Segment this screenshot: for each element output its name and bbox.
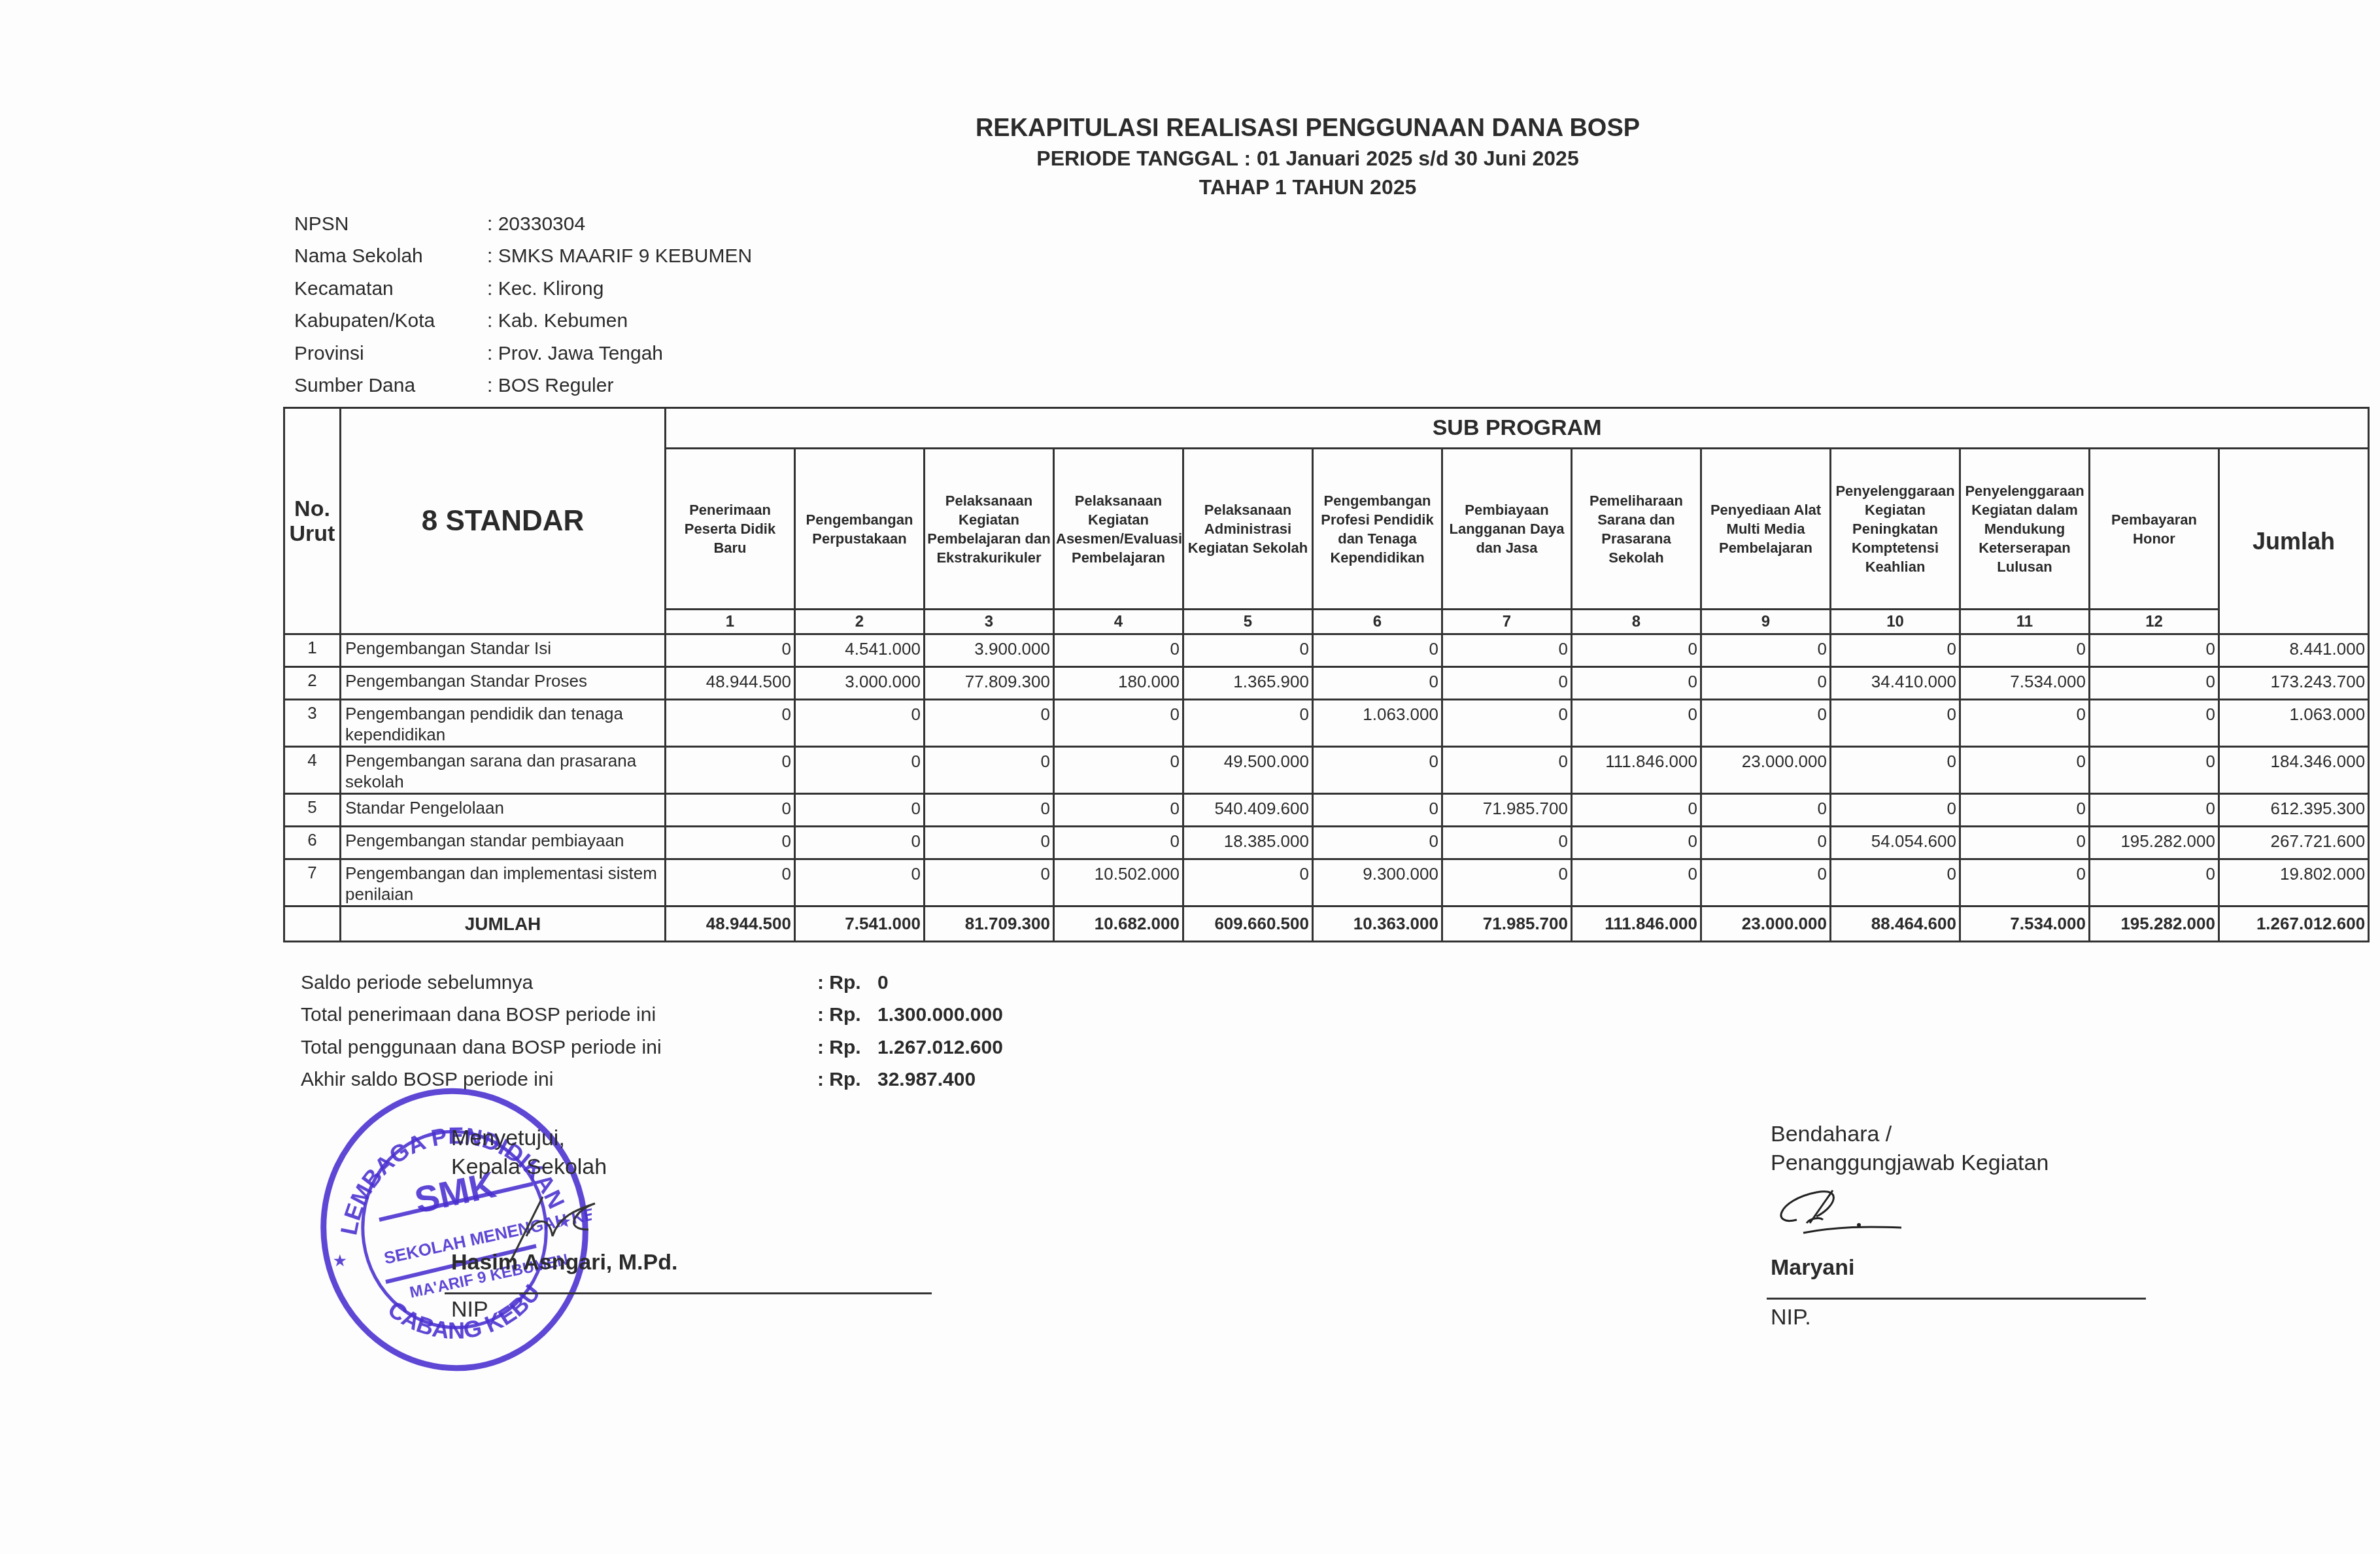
signature-role-label: Penanggungjawab Kegiatan	[1771, 1148, 2048, 1177]
amount-cell: 0	[666, 634, 795, 667]
info-label: Provinsi	[294, 343, 487, 365]
header-col-number: 7	[1442, 610, 1572, 634]
header-col-number: 12	[2090, 610, 2219, 634]
header-sub-program-col-6: Pengembangan Profesi Pendidik dan Tenaga…	[1313, 449, 1442, 610]
row-total-cell: 267.721.600	[2219, 827, 2369, 859]
amount-cell: 23.000.000	[1701, 747, 1831, 794]
summary-value: 1.267.012.600	[877, 1037, 1003, 1059]
signature-role-label: Kepala Sekolah	[451, 1152, 607, 1181]
amount-cell: 0	[1054, 634, 1183, 667]
amount-cell: 0	[1054, 794, 1183, 827]
summary-row-total-used: Total penggunaan dana BOSP periode ini :…	[301, 1031, 1003, 1064]
amount-cell: 0	[1313, 827, 1442, 859]
amount-cell: 0	[1960, 747, 2090, 794]
standard-name: Pengembangan dan implementasi sistem pen…	[341, 859, 666, 907]
amount-cell: 0	[795, 794, 925, 827]
document-header: REKAPITULASI REALISASI PENGGUNAAN DANA B…	[915, 112, 1700, 201]
amount-cell: 0	[1572, 700, 1701, 747]
row-number: 6	[284, 827, 341, 859]
amount-cell: 1.365.900	[1183, 667, 1313, 700]
column-total-cell: 7.541.000	[795, 907, 925, 942]
amount-cell: 0	[2090, 794, 2219, 827]
amount-cell: 34.410.000	[1831, 667, 1960, 700]
info-value: : Kab. Kebumen	[487, 310, 628, 332]
info-row-fund-source: Sumber Dana : BOS Reguler	[294, 370, 752, 403]
header-jumlah: Jumlah	[2219, 449, 2369, 634]
amount-cell: 0	[1831, 634, 1960, 667]
column-total-cell: 111.846.000	[1572, 907, 1701, 942]
header-sub-program-col-4: Pelaksanaan Kegiatan Asesmen/Evaluasi Pe…	[1054, 449, 1183, 610]
amount-cell: 0	[1442, 700, 1572, 747]
table-row: 1Pengembangan Standar Isi04.541.0003.900…	[284, 634, 2369, 667]
info-row-npsn: NPSN : 20330304	[294, 208, 752, 241]
amount-cell: 0	[1960, 634, 2090, 667]
signature-block-principal: Menyetujui, Kepala Sekolah Hasim Asngari…	[451, 1124, 607, 1181]
standard-name: Pengembangan sarana dan prasarana sekola…	[341, 747, 666, 794]
amount-cell: 0	[925, 794, 1054, 827]
amount-cell: 0	[1442, 667, 1572, 700]
amount-cell: 18.385.000	[1183, 827, 1313, 859]
amount-cell: 0	[1054, 747, 1183, 794]
header-col-number: 9	[1701, 610, 1831, 634]
amount-cell: 0	[1831, 700, 1960, 747]
header-sub-program-col-8: Pemeliharaan Sarana dan Prasarana Sekola…	[1572, 449, 1701, 610]
amount-cell: 0	[2090, 747, 2219, 794]
signatory-name: Maryani	[1771, 1253, 1855, 1282]
info-row-school-name: Nama Sekolah : SMKS MAARIF 9 KEBUMEN	[294, 241, 752, 273]
amount-cell: 0	[925, 700, 1054, 747]
column-total-cell: 609.660.500	[1183, 907, 1313, 942]
info-value: : BOS Reguler	[487, 375, 613, 397]
amount-cell: 0	[1183, 634, 1313, 667]
header-col-number: 10	[1831, 610, 1960, 634]
amount-cell: 0	[666, 747, 795, 794]
summary-label: Total penerimaan dana BOSP periode ini	[301, 1004, 817, 1026]
amount-cell: 3.900.000	[925, 634, 1054, 667]
column-total-cell: 10.363.000	[1313, 907, 1442, 942]
summary-value: 32.987.400	[877, 1069, 976, 1091]
header-col-number: 6	[1313, 610, 1442, 634]
amount-cell: 0	[1442, 859, 1572, 907]
header-no-urut: No. Urut	[284, 408, 341, 634]
row-total-cell: 19.802.000	[2219, 859, 2369, 907]
header-col-number: 8	[1572, 610, 1701, 634]
column-total-cell: 10.682.000	[1054, 907, 1183, 942]
amount-cell: 0	[2090, 859, 2219, 907]
table-row: 2Pengembangan Standar Proses48.944.5003.…	[284, 667, 2369, 700]
header-sub-program-col-5: Pelaksanaan Administrasi Kegiatan Sekola…	[1183, 449, 1313, 610]
amount-cell: 0	[1831, 747, 1960, 794]
amount-cell: 0	[925, 859, 1054, 907]
empty-cell	[284, 907, 341, 942]
info-value: : 20330304	[487, 213, 585, 235]
header-col-number: 11	[1960, 610, 2090, 634]
amount-cell: 0	[1701, 827, 1831, 859]
info-label: Kabupaten/Kota	[294, 310, 487, 332]
amount-cell: 0	[1054, 700, 1183, 747]
header-sub-program-col-2: Pengembangan Perpustakaan	[795, 449, 925, 610]
amount-cell: 0	[925, 827, 1054, 859]
table-row: 7Pengembangan dan implementasi sistem pe…	[284, 859, 2369, 907]
column-total-cell: 71.985.700	[1442, 907, 1572, 942]
amount-cell: 0	[1701, 700, 1831, 747]
amount-cell: 0	[1572, 634, 1701, 667]
amount-cell: 0	[2090, 700, 2219, 747]
amount-cell: 0	[1960, 827, 2090, 859]
summary-label: Total penggunaan dana BOSP periode ini	[301, 1037, 817, 1059]
signature-block-treasurer: Bendahara / Penanggungjawab Kegiatan Mar…	[1771, 1120, 2048, 1177]
summary-value: 1.300.000.000	[877, 1004, 1003, 1026]
header-sub-program-col-1: Penerimaan Peserta Didik Baru	[666, 449, 795, 610]
summary-currency: : Rp.	[817, 1004, 877, 1026]
header-sub-program: SUB PROGRAM	[666, 408, 2369, 449]
row-number: 5	[284, 794, 341, 827]
amount-cell: 0	[1831, 794, 1960, 827]
header-sub-program-col-10: Penyelenggaraan Kegiatan Peningkatan Kom…	[1831, 449, 1960, 610]
column-total-cell: 48.944.500	[666, 907, 795, 942]
summary-row-total-received: Total penerimaan dana BOSP periode ini :…	[301, 999, 1003, 1032]
amount-cell: 0	[1701, 794, 1831, 827]
header-sub-program-col-11: Penyelenggaraan Kegiatan dalam Mendukung…	[1960, 449, 2090, 610]
header-col-number: 4	[1054, 610, 1183, 634]
standard-name: Pengembangan standar pembiayaan	[341, 827, 666, 859]
header-8-standar: 8 STANDAR	[341, 408, 666, 634]
svg-text:★: ★	[333, 1252, 347, 1269]
signature-scribble-icon	[1771, 1187, 1914, 1239]
amount-cell: 0	[795, 827, 925, 859]
column-total-cell: 88.464.600	[1831, 907, 1960, 942]
info-label: NPSN	[294, 213, 487, 235]
table-row: 5Standar Pengelolaan0000540.409.600071.9…	[284, 794, 2369, 827]
row-number: 3	[284, 700, 341, 747]
amount-cell: 0	[1572, 827, 1701, 859]
standard-name: Pengembangan Standar Isi	[341, 634, 666, 667]
amount-cell: 0	[925, 747, 1054, 794]
school-info: NPSN : 20330304 Nama Sekolah : SMKS MAAR…	[294, 208, 752, 402]
amount-cell: 0	[1572, 859, 1701, 907]
amount-cell: 3.000.000	[795, 667, 925, 700]
amount-cell: 0	[1054, 827, 1183, 859]
summary-currency: : Rp.	[817, 972, 877, 994]
info-row-district: Kecamatan : Kec. Klirong	[294, 273, 752, 305]
amount-cell: 0	[666, 794, 795, 827]
amount-cell: 77.809.300	[925, 667, 1054, 700]
amount-cell: 0	[1960, 794, 2090, 827]
info-label: Nama Sekolah	[294, 245, 487, 268]
info-value: : Prov. Jawa Tengah	[487, 343, 663, 365]
amount-cell: 195.282.000	[2090, 827, 2219, 859]
amount-cell: 0	[1960, 859, 2090, 907]
row-total-cell: 8.441.000	[2219, 634, 2369, 667]
amount-cell: 0	[666, 700, 795, 747]
amount-cell: 0	[1183, 859, 1313, 907]
grand-total-cell: 1.267.012.600	[2219, 907, 2369, 942]
signature-approval-label: Menyetujui,	[451, 1124, 607, 1152]
amount-cell: 0	[795, 859, 925, 907]
header-sub-program-col-7: Pembiayaan Langganan Daya dan Jasa	[1442, 449, 1572, 610]
header-sub-program-col-3: Pelaksanaan Kegiatan Pembelajaran dan Ek…	[925, 449, 1054, 610]
amount-cell: 0	[2090, 667, 2219, 700]
amount-cell: 4.541.000	[795, 634, 925, 667]
amount-cell: 180.000	[1054, 667, 1183, 700]
standard-name: Pengembangan pendidik dan tenaga kependi…	[341, 700, 666, 747]
amount-cell: 0	[1960, 700, 2090, 747]
amount-cell: 71.985.700	[1442, 794, 1572, 827]
table-row: 4Pengembangan sarana dan prasarana sekol…	[284, 747, 2369, 794]
signature-line	[445, 1292, 932, 1294]
table-total-row: JUMLAH48.944.5007.541.00081.709.30010.68…	[284, 907, 2369, 942]
column-total-cell: 23.000.000	[1701, 907, 1831, 942]
header-col-number: 2	[795, 610, 925, 634]
document-stage: TAHAP 1 TAHUN 2025	[915, 173, 1700, 201]
row-number: 2	[284, 667, 341, 700]
amount-cell: 7.534.000	[1960, 667, 2090, 700]
info-row-province: Provinsi : Prov. Jawa Tengah	[294, 337, 752, 370]
header-sub-program-col-12: Pembayaran Honor	[2090, 449, 2219, 610]
amount-cell: 0	[795, 700, 925, 747]
amount-cell: 111.846.000	[1572, 747, 1701, 794]
signatory-nip: NIP.	[1771, 1303, 1811, 1332]
row-total-cell: 612.395.300	[2219, 794, 2369, 827]
row-total-cell: 184.346.000	[2219, 747, 2369, 794]
row-total-cell: 1.063.000	[2219, 700, 2369, 747]
document-period: PERIODE TANGGAL : 01 Januari 2025 s/d 30…	[915, 144, 1700, 173]
info-value: : SMKS MAARIF 9 KEBUMEN	[487, 245, 752, 268]
summary-label: Saldo periode sebelumnya	[301, 972, 817, 994]
table-row: 3Pengembangan pendidik dan tenaga kepend…	[284, 700, 2369, 747]
row-total-cell: 173.243.700	[2219, 667, 2369, 700]
amount-cell: 0	[666, 827, 795, 859]
amount-cell: 0	[1313, 634, 1442, 667]
amount-cell: 0	[1572, 794, 1701, 827]
info-row-regency: Kabupaten/Kota : Kab. Kebumen	[294, 305, 752, 338]
amount-cell: 48.944.500	[666, 667, 795, 700]
info-label: Sumber Dana	[294, 375, 487, 397]
amount-cell: 0	[2090, 634, 2219, 667]
amount-cell: 540.409.600	[1183, 794, 1313, 827]
info-value: : Kec. Klirong	[487, 278, 603, 300]
header-col-number: 3	[925, 610, 1054, 634]
amount-cell: 54.054.600	[1831, 827, 1960, 859]
amount-cell: 0	[1701, 667, 1831, 700]
summary-row-previous-balance: Saldo periode sebelumnya : Rp. 0	[301, 967, 1003, 999]
amount-cell: 0	[1701, 634, 1831, 667]
amount-cell: 0	[666, 859, 795, 907]
amount-cell: 0	[1442, 827, 1572, 859]
signature-scribble-icon	[497, 1190, 602, 1269]
summary-value: 0	[877, 972, 889, 994]
row-number: 7	[284, 859, 341, 907]
amount-cell: 0	[1572, 667, 1701, 700]
standard-name: Standar Pengelolaan	[341, 794, 666, 827]
amount-cell: 0	[1442, 747, 1572, 794]
header-col-number: 5	[1183, 610, 1313, 634]
document-title: REKAPITULASI REALISASI PENGGUNAAN DANA B…	[915, 112, 1700, 144]
amount-cell: 0	[1313, 747, 1442, 794]
summary-currency: : Rp.	[817, 1037, 877, 1059]
amount-cell: 0	[1183, 700, 1313, 747]
amount-cell: 0	[795, 747, 925, 794]
header-sub-program-col-9: Penyediaan Alat Multi Media Pembelajaran	[1701, 449, 1831, 610]
signatory-nip: NIP	[451, 1295, 488, 1324]
amount-cell: 0	[1442, 634, 1572, 667]
total-label: JUMLAH	[341, 907, 666, 942]
signature-line	[1767, 1298, 2146, 1300]
amount-cell: 1.063.000	[1313, 700, 1442, 747]
balance-summary: Saldo periode sebelumnya : Rp. 0 Total p…	[301, 967, 1003, 1096]
header-col-number: 1	[666, 610, 795, 634]
amount-cell: 0	[1701, 859, 1831, 907]
summary-currency: : Rp.	[817, 1069, 877, 1091]
info-label: Kecamatan	[294, 278, 487, 300]
standard-name: Pengembangan Standar Proses	[341, 667, 666, 700]
row-number: 1	[284, 634, 341, 667]
column-total-cell: 7.534.000	[1960, 907, 2090, 942]
row-number: 4	[284, 747, 341, 794]
realization-table: No. Urut 8 STANDAR SUB PROGRAM Penerimaa…	[283, 407, 2370, 942]
amount-cell: 9.300.000	[1313, 859, 1442, 907]
amount-cell: 0	[1313, 794, 1442, 827]
column-total-cell: 195.282.000	[2090, 907, 2219, 942]
amount-cell: 10.502.000	[1054, 859, 1183, 907]
amount-cell: 0	[1313, 667, 1442, 700]
amount-cell: 49.500.000	[1183, 747, 1313, 794]
signature-role-label: Bendahara /	[1771, 1120, 2048, 1148]
column-total-cell: 81.709.300	[925, 907, 1054, 942]
table-row: 6Pengembangan standar pembiayaan000018.3…	[284, 827, 2369, 859]
amount-cell: 0	[1831, 859, 1960, 907]
